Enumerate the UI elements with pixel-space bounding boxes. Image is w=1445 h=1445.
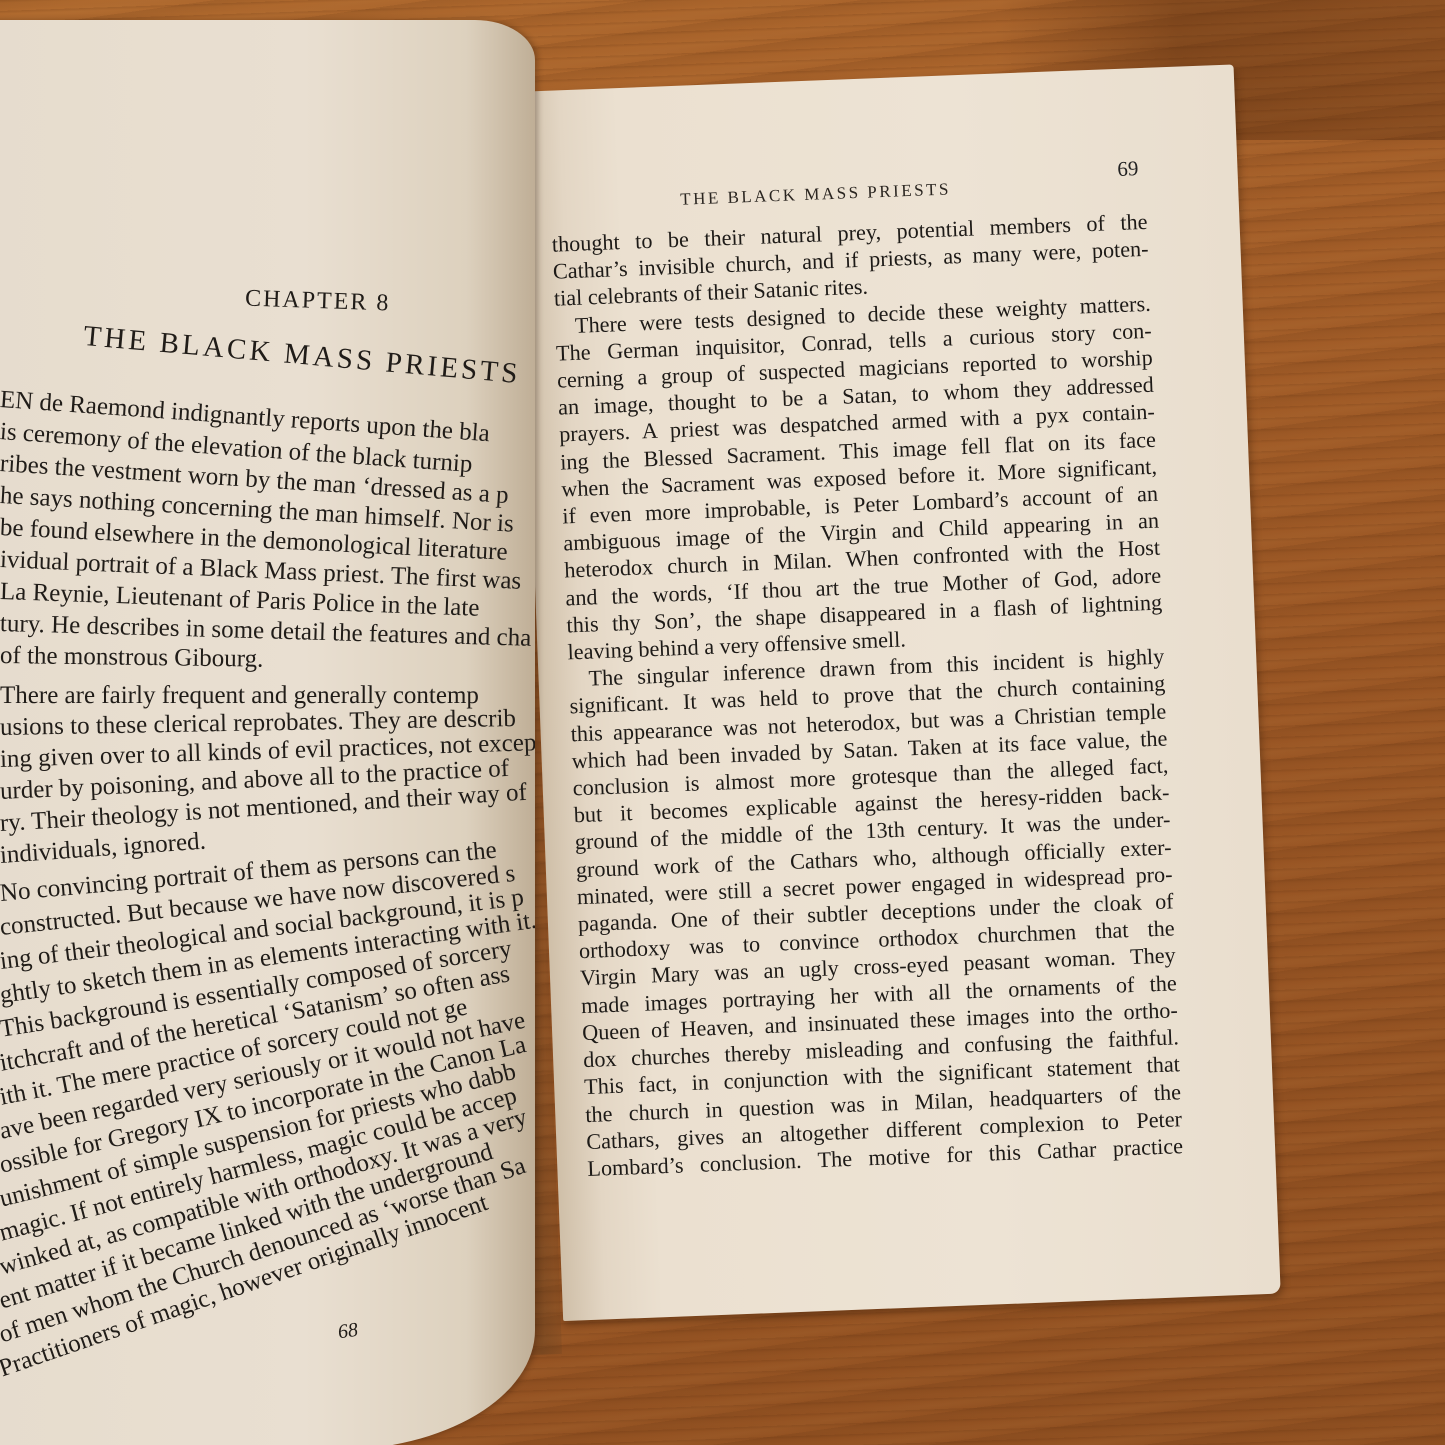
- left-page: CHAPTER 8 THE BLACK MASS PRIESTS EN de R…: [0, 20, 535, 1445]
- page-number-left: 68: [336, 1319, 359, 1345]
- chapter-label: CHAPTER 8: [245, 285, 391, 317]
- right-page: THE BLACK MASS PRIESTS 69 thought to be …: [516, 64, 1281, 1321]
- text-line: There are fairly frequent and generally …: [0, 682, 479, 710]
- page-number-right: 69: [1117, 156, 1139, 182]
- chapter-title: THE BLACK MASS PRIESTS: [82, 320, 522, 391]
- left-page-body: CHAPTER 8 THE BLACK MASS PRIESTS EN de R…: [0, 20, 535, 1445]
- running-head: THE BLACK MASS PRIESTS: [680, 179, 951, 209]
- right-page-body: thought to be their natural prey, potent…: [551, 208, 1183, 1182]
- text-line: of the monstrous Gibourg.: [0, 642, 264, 674]
